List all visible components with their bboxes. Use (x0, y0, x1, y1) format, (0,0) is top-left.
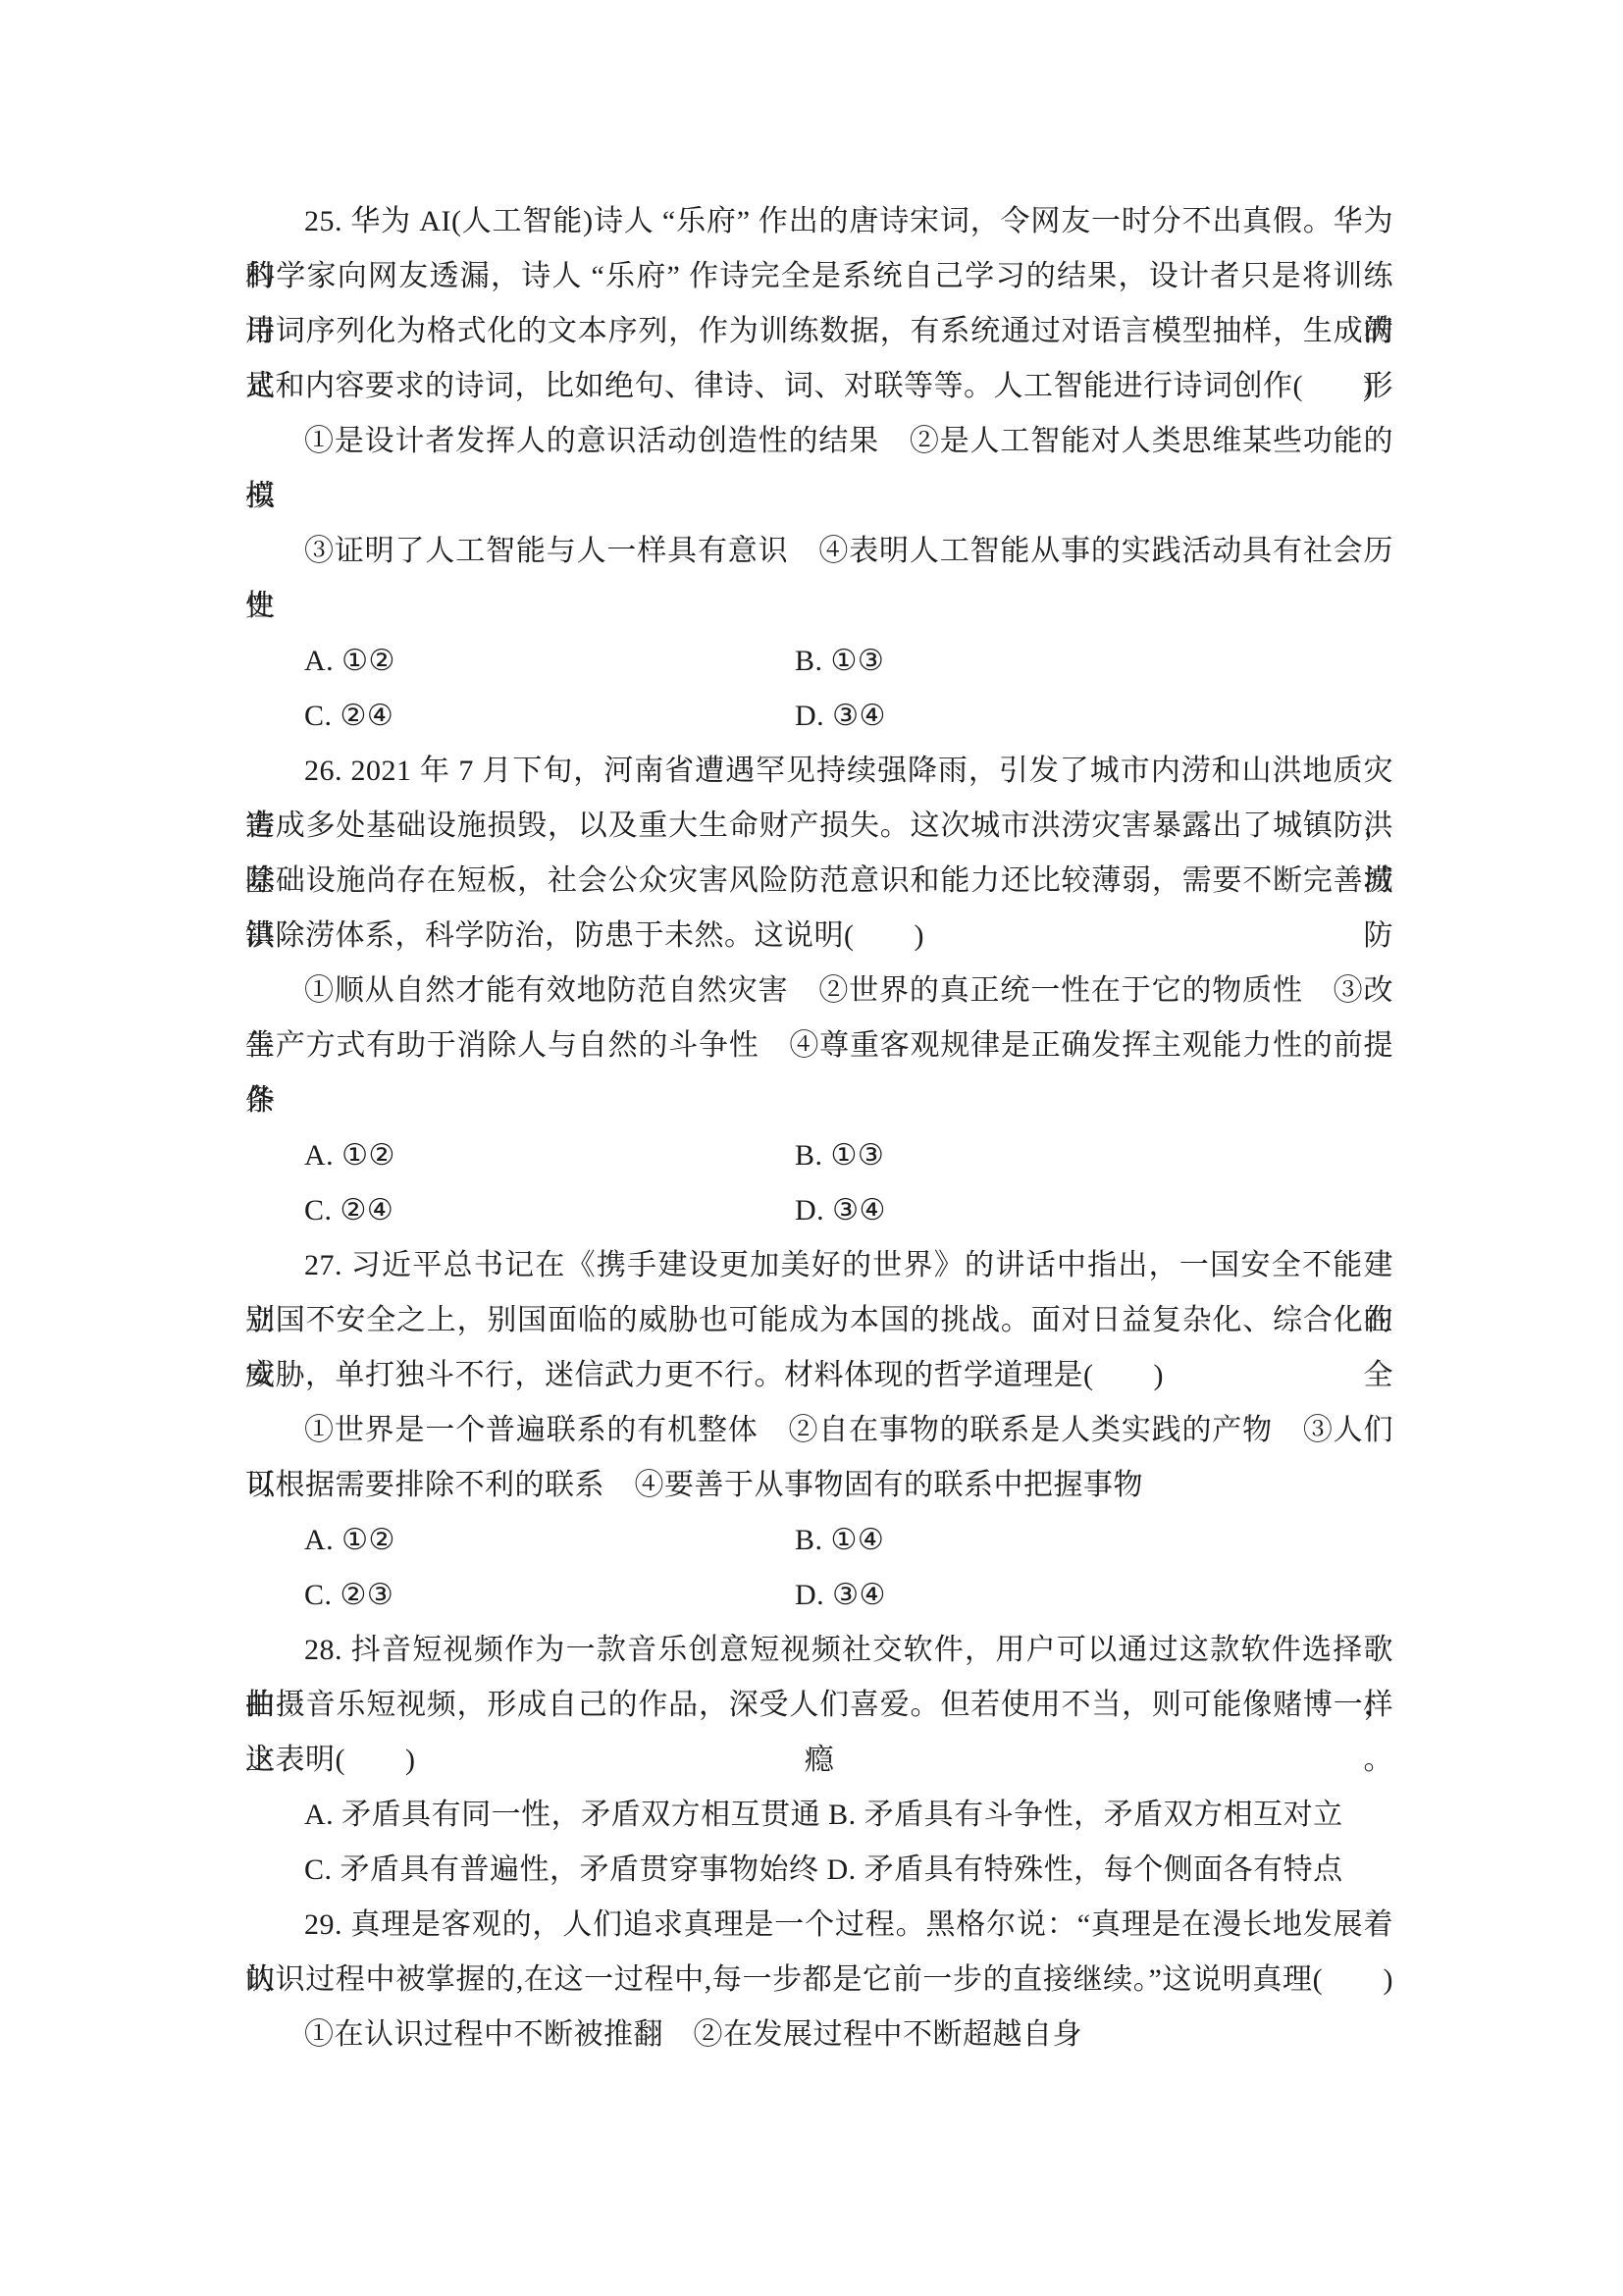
q25-option-d: D. ③④ (795, 689, 886, 744)
q26-options-row-2: C. ②④ D. ③④ (245, 1183, 1393, 1238)
q26-item-line-2: 生产方式有助于消除人与自然的斗争性 ④尊重客观规律是正确发挥主观能力性的前提条 (245, 1018, 1393, 1073)
q29-item-line-1: ①在认识过程中不断被推翻 ②在发展过程中不断超越自身 (245, 2008, 1393, 2062)
q25-option-a: A. ①② (304, 634, 795, 689)
q26-options-row-1: A. ①② B. ①③ (245, 1128, 1393, 1183)
question-28: 28. 抖音短视频作为一款音乐创意短视频社交软件，用户可以通过这款软件选择歌曲，… (245, 1623, 1393, 1898)
q27-option-b: B. ①④ (795, 1513, 884, 1568)
q27-options-row-2: C. ②③ D. ③④ (245, 1568, 1393, 1623)
q27-item-line-2: 以根据需要排除不利的联系 ④要善于从事物固有的联系中把握事物 (245, 1458, 1393, 1513)
q25-options-row-2: C. ②④ D. ③④ (245, 689, 1393, 744)
q28-options-row-1: A. 矛盾具有同一性，矛盾双方相互贯通 B. 矛盾具有斗争性，矛盾双方相互对立 (245, 1788, 1393, 1843)
q25-stem-line-4: 式和内容要求的诗词，比如绝句、律诗、词、对联等等。人工智能进行诗词创作( ) (245, 359, 1393, 414)
q25-stem-line-3: 诗词序列化为格式化的文本序列，作为训练数据，有系统通过对语言模型抽样，生成满足形 (245, 304, 1393, 359)
question-26: 26. 2021 年 7 月下旬，河南省遭遇罕见持续强降雨，引发了城市内涝和山洪… (245, 744, 1393, 1238)
q26-option-b: B. ①③ (795, 1128, 884, 1183)
q26-item-line-3: 件 (245, 1073, 1393, 1128)
q25-stem-line-1: 25. 华为 AI(人工智能)诗人 “乐府” 作出的唐诗宋词，令网友一时分不出真… (245, 194, 1393, 249)
q25-item-line-4: 性 (245, 579, 1393, 634)
q26-stem-line-1: 26. 2021 年 7 月下旬，河南省遭遇罕见持续强降雨，引发了城市内涝和山洪… (245, 744, 1393, 799)
q26-stem-line-2: 造成多处基础设施损毁，以及重大生命财产损失。这次城市洪涝灾害暴露出了城镇防洪除涝 (245, 799, 1393, 854)
q27-option-d: D. ③④ (795, 1568, 886, 1623)
q25-option-b: B. ①③ (795, 634, 884, 689)
q28-options-row-2: C. 矛盾具有普遍性，矛盾贯穿事物始终 D. 矛盾具有特殊性，每个侧面各有特点 (245, 1843, 1393, 1898)
q25-item-line-2: 拟 (245, 469, 1393, 524)
q26-stem-line-3: 基础设施尚存在短板，社会公众灾害风险防范意识和能力还比较薄弱，需要不断完善城镇防 (245, 854, 1393, 909)
q25-options-row-1: A. ①② B. ①③ (245, 634, 1393, 689)
q25-option-c: C. ②④ (304, 689, 795, 744)
q26-option-a: A. ①② (304, 1128, 795, 1183)
q27-item-line-1: ①世界是一个普遍联系的有机整体 ②自在事物的联系是人类实践的产物 ③人们可 (245, 1403, 1393, 1458)
question-27: 27. 习近平总书记在《携手建设更加美好的世界》的讲话中指出，一国安全不能建立在… (245, 1238, 1393, 1623)
q27-options-row-1: A. ①② B. ①④ (245, 1513, 1393, 1568)
q28-stem-line-1: 28. 抖音短视频作为一款音乐创意短视频社交软件，用户可以通过这款软件选择歌曲， (245, 1623, 1393, 1678)
q25-stem-line-2: 科学家向网友透漏，诗人 “乐府” 作诗完全是系统自己学习的结果，设计者只是将训练… (245, 249, 1393, 304)
question-25: 25. 华为 AI(人工智能)诗人 “乐府” 作出的唐诗宋词，令网友一时分不出真… (245, 194, 1393, 744)
q27-option-c: C. ②③ (304, 1568, 795, 1623)
q29-stem-line-1: 29. 真理是客观的，人们追求真理是一个过程。黑格尔说：“真理是在漫长地发展着的 (245, 1898, 1393, 1953)
question-29: 29. 真理是客观的，人们追求真理是一个过程。黑格尔说：“真理是在漫长地发展着的… (245, 1898, 1393, 2062)
q29-stem-line-2: 认识过程中被掌握的,在这一过程中,每一步都是它前一步的直接继续。”这说明真理( … (245, 1953, 1393, 2008)
q26-option-c: C. ②④ (304, 1183, 795, 1238)
q26-option-d: D. ③④ (795, 1183, 886, 1238)
exam-text-block: 25. 华为 AI(人工智能)诗人 “乐府” 作出的唐诗宋词，令网友一时分不出真… (245, 194, 1393, 2062)
document-page: 25. 华为 AI(人工智能)诗人 “乐府” 作出的唐诗宋词，令网友一时分不出真… (0, 0, 1623, 2296)
q25-item-line-3: ③证明了人工智能与人一样具有意识 ④表明人工智能从事的实践活动具有社会历史 (245, 524, 1393, 579)
q28-stem-line-2: 拍摄音乐短视频，形成自己的作品，深受人们喜爱。但若使用不当，则可能像赌博一样上瘾… (245, 1678, 1393, 1733)
q27-stem-line-2: 别国不安全之上，别国面临的威胁也可能成为本国的挑战。面对日益复杂化、综合化的安全 (245, 1293, 1393, 1348)
q27-option-a: A. ①② (304, 1513, 795, 1568)
q25-item-line-1: ①是设计者发挥人的意识活动创造性的结果 ②是人工智能对人类思维某些功能的模 (245, 414, 1393, 469)
q27-stem-line-1: 27. 习近平总书记在《携手建设更加美好的世界》的讲话中指出，一国安全不能建立在 (245, 1238, 1393, 1293)
q26-item-line-1: ①顺从自然才能有效地防范自然灾害 ②世界的真正统一性在于它的物质性 ③改善 (245, 964, 1393, 1018)
